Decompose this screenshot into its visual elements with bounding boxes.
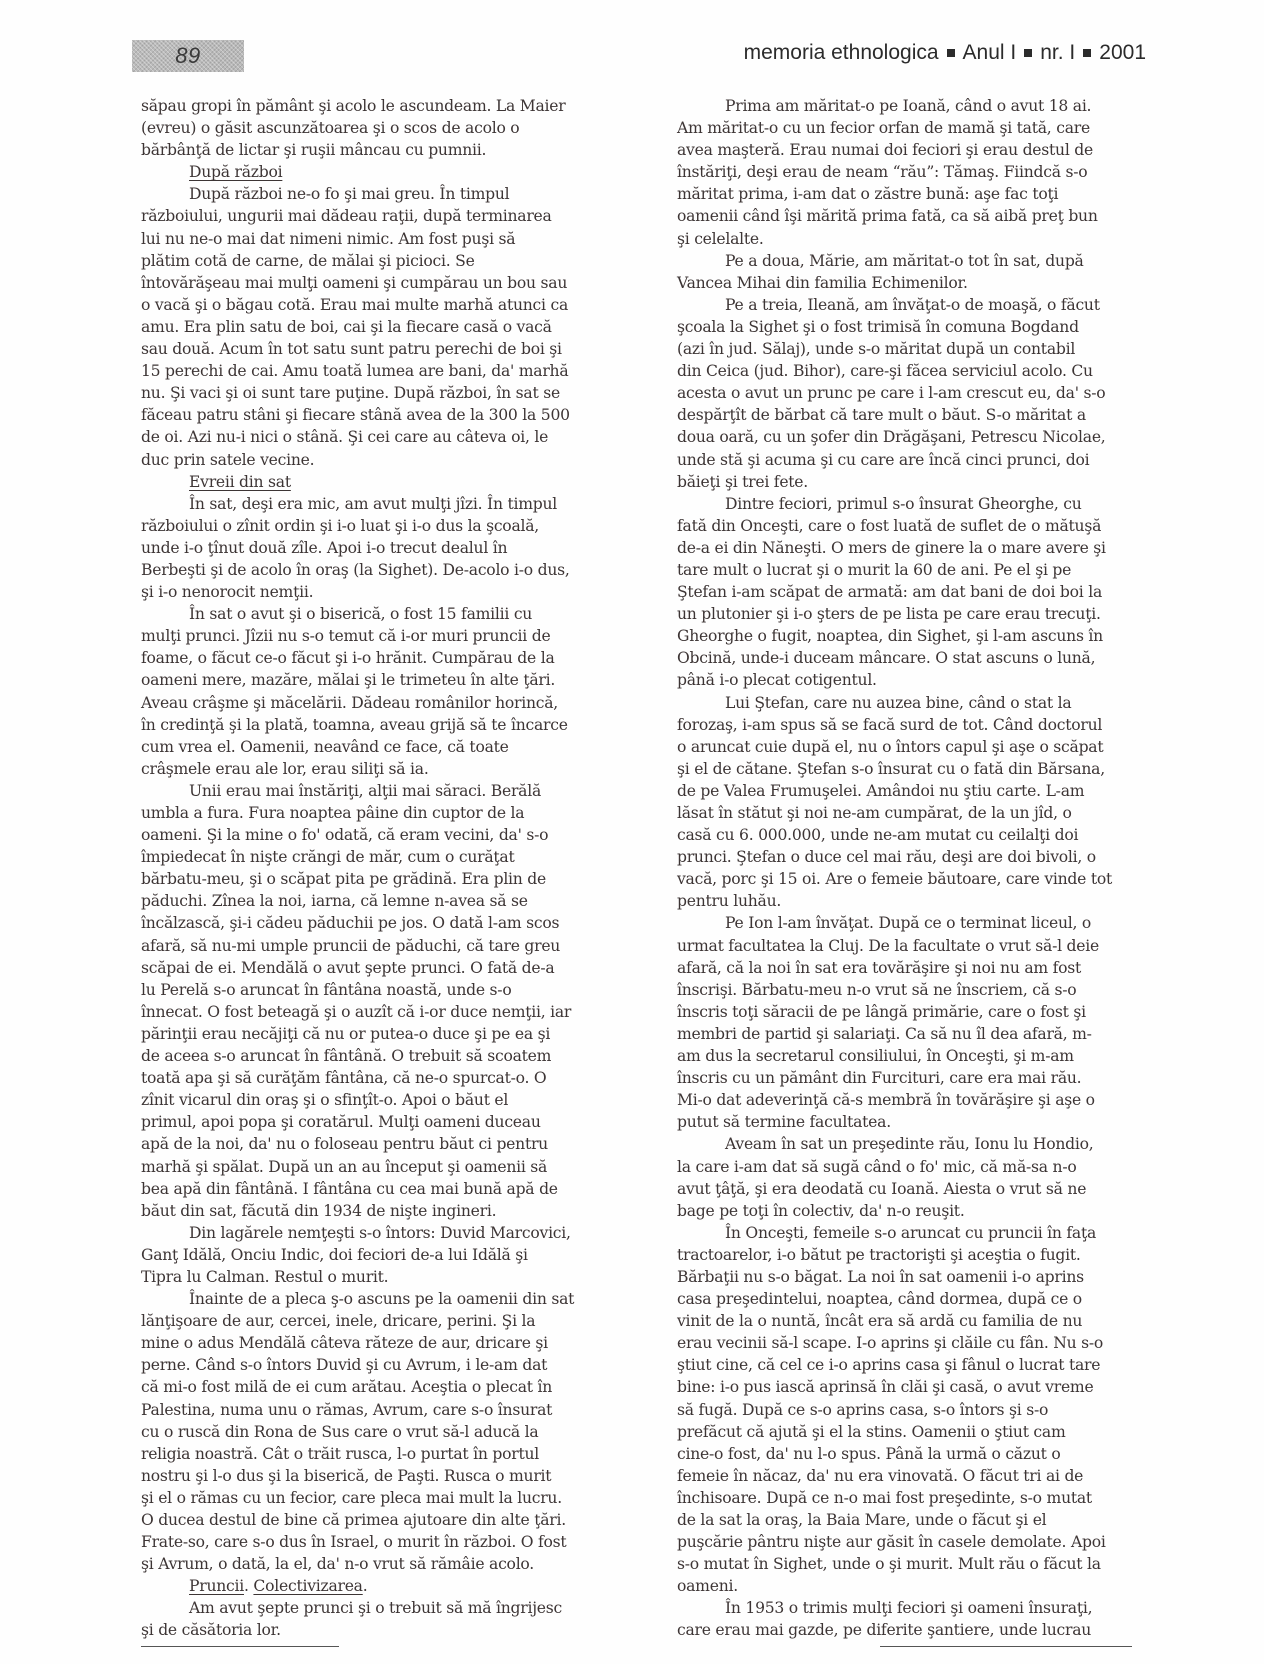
text-line-content: primul, apoi popa şi coratărul. Mulţi oa… [141,1113,541,1131]
text-line: Lui Ştefan, care nu auzea bine, când o s… [677,692,1147,714]
text-line: amu. Era plin satu de boi, cai şi la fie… [141,316,633,338]
text-line-content: (evreu) o găsit ascunzătoarea şi o scos … [141,119,519,137]
text-line-content: să fugă. După ce s-o aprins casa, s-o în… [677,1401,1048,1419]
document-page: 89 memoria ethnologica Anul I nr. I 2001… [0,0,1264,1664]
text-line-content: religia noastră. Cât o trăit rusca, l-o … [141,1445,539,1463]
journal-title: memoria ethnologica [744,41,939,65]
text-line-content: casă cu 6. 000.000, unde ne-am mutat cu … [677,826,1078,844]
text-line-content: înstăriţi, deşi erau de neam “rău”: Tăma… [677,163,1087,181]
text-line-content: umbla a fura. Fura noaptea pâine din cup… [141,804,524,822]
text-line-content: Aveam în sat un preşedinte rău, Ionu lu … [725,1135,1094,1153]
text-line: de oi. Azi nu-i nici o stână. Şi cei car… [141,426,633,448]
text-line-content: făceau patru stâni şi fiecare stână avea… [141,406,570,424]
text-line: de pe Valea Frumuşelei. Amândoi nu ştiu … [677,780,1147,802]
text-line-content: bea apă din fântână. I fântâna cu cea ma… [141,1180,558,1198]
text-line-content: în credinţă şi la plată, toamna, aveau g… [141,716,568,734]
text-line-content: şi i-o nenorocit nemţii. [141,583,313,601]
text-line: sau două. Acum în tot satu sunt patru pe… [141,338,633,360]
text-line-content: prefăcut că ajută şi el la stins. Oameni… [677,1423,1066,1441]
text-line-content: O ducea destul de bine că primea ajutoar… [141,1511,566,1529]
text-line: închisoare. După ce n-o mai fost preşedi… [677,1487,1147,1509]
text-line-content: încălzască, şi-i cădeu păduchii pe jos. … [141,914,559,932]
text-line: 15 perechi de cai. Amu toată lumea are b… [141,360,633,382]
journal-issue: nr. I [1040,41,1075,65]
text-line-content: unde i-o ţînut două zîle. Apoi i-o trecu… [141,539,507,557]
text-line-content: Bărbaţii nu s-o băgat. La noi în sat oam… [677,1268,1084,1286]
text-line: înscrişi. Bărbatu-meu n-o vrut să ne îns… [677,979,1147,1001]
text-line-content: pentru luhău. [677,892,781,910]
text-line: lui nu ne-o mai dat nimeni nimic. Am fos… [141,228,633,250]
text-line-content: la care i-am dat să sugă când o fo' mic,… [677,1158,1076,1176]
text-line-content: cine-o fost, da' nu l-o spus. Până la ur… [677,1445,1060,1463]
text-line-content: Frate-so, care s-o dus în Israel, o muri… [141,1533,566,1551]
text-line: marhă şi spălat. După un an au început ş… [141,1156,633,1178]
text-line-content: Palestina, numa unu o rămas, Avrum, care… [141,1401,552,1419]
text-line: înnecat. O fost beteagă şi o auzît că i-… [141,1001,633,1023]
text-line: nu. Şi vaci şi oi sunt tare puţine. După… [141,382,633,404]
text-line-content: ştiut cine, că cel ce i-o aprins casa şi… [677,1356,1100,1374]
text-line: Aveam în sat un preşedinte rău, Ionu lu … [677,1133,1147,1155]
text-line-content: (azi în jud. Sălaj), unde s-o măritat du… [677,340,1075,358]
text-line: că mi-o fost milă de ei cum arătau. Aceş… [141,1376,633,1398]
text-line: oameni mere, mazăre, mălai şi le trimete… [141,669,633,691]
text-line: (azi în jud. Sălaj), unde s-o măritat du… [677,338,1147,360]
text-line-content: plătim cotă de carne, de mălai şi picioc… [141,252,475,270]
text-line-content: crâşmele erau ale lor, erau siliţi să ia… [141,760,429,778]
square-bullet-icon [1083,49,1091,57]
text-line: puşcărie pântru nişte aur găsit în casel… [677,1531,1147,1553]
text-line-content: Pe a doua, Mărie, am măritat-o tot în sa… [725,252,1084,270]
text-line-content: Ganţ Idălă, Onciu Indic, doi feciori de-… [141,1246,528,1264]
section-heading-text: Pruncii. Colectivizarea. [189,1577,367,1595]
text-line: O ducea destul de bine că primea ajutoar… [141,1509,633,1531]
text-line-content: mine o adus Mendălă câteva răteze de aur… [141,1334,548,1352]
section-heading: Pruncii. Colectivizarea. [141,1575,633,1597]
text-line-content: de-a ei din Năneşti. O mers de ginere la… [677,539,1106,557]
text-line-content: urmat facultatea la Cluj. De la facultat… [677,937,1099,955]
text-line: şcoala la Sighet şi o fost trimisă în co… [677,316,1147,338]
text-line-content: Unii erau mai înstăriţi, alţii mai sărac… [189,782,541,800]
text-line: membri de partid şi salariaţi. Ca să nu … [677,1023,1147,1045]
text-line: războiului, ungurii mai dădeau raţii, du… [141,205,633,227]
left-text-column: săpau gropi în pământ şi acolo le ascund… [141,95,633,1642]
text-line-content: 15 perechi de cai. Amu toată lumea are b… [141,362,568,380]
square-bullet-icon [947,49,955,57]
text-line: înscris cu un pământ din Furcituri, care… [677,1067,1147,1089]
text-line-content: amu. Era plin satu de boi, cai şi la fie… [141,318,552,336]
text-line: Pe a treia, Ileană, am învăţat-o de moaş… [677,294,1147,316]
text-line-content: avea maşteră. Erau numai doi feciori şi … [677,141,1093,159]
text-line: şi el de cătane. Ştefan s-o însurat cu o… [677,758,1147,780]
text-line: de la sat la oraş, la Baia Mare, unde o … [677,1509,1147,1531]
text-line-content: vacă, porc şi 15 oi. Are o femeie băutoa… [677,870,1112,888]
text-line: părinţii erau necăjiţi că nu or putea-o … [141,1023,633,1045]
text-line: Mi-o dat adeverinţă că-s membră în tovăr… [677,1089,1147,1111]
text-line-content: foame, o făcut ce-o făcut şi i-o hrănit.… [141,649,555,667]
text-line: Gheorghe o fugit, noaptea, din Sighet, ş… [677,625,1147,647]
text-line-content: Am avut şepte prunci şi o trebuit să mă … [189,1599,562,1617]
text-line-content: fată din Onceşti, care o fost luată de s… [677,517,1101,535]
text-line: să fugă. După ce s-o aprins casa, s-o în… [677,1399,1147,1421]
text-line: din Ceica (jud. Bihor), care-şi făcea se… [677,360,1147,382]
section-heading: După război [141,161,633,183]
text-line-content: până i-o plecat cotigentul. [677,671,877,689]
text-line-content: casa preşedintelui, noaptea, când dormea… [677,1290,1082,1308]
running-header: memoria ethnologica Anul I nr. I 2001 [744,41,1146,65]
text-line-content: forozaş, i-am spus să se facă surd de to… [677,716,1102,734]
text-line: Bărbaţii nu s-o băgat. La noi în sat oam… [677,1266,1147,1288]
page-number: 89 [175,43,200,69]
text-line-content: şi celelalte. [677,230,764,248]
text-line-content: băieţi şi trei fete. [677,473,808,491]
text-line: apă de la noi, da' nu o foloseau pentru … [141,1133,633,1155]
column-end-rule [880,1646,1132,1647]
text-line-content: un plutonier şi i-o şters de pe lista pe… [677,605,1101,623]
text-line: de aceea s-o aruncat în fântână. O trebu… [141,1045,633,1067]
text-line: Ştefan i-am scăpat de armată: am dat ban… [677,581,1147,603]
text-line-content: nostru şi l-o dus şi la biserică, de Paş… [141,1467,551,1485]
text-line: tare mult o lucrat şi o murit la 60 de a… [677,559,1147,581]
text-line: care erau mai gazde, pe diferite şantier… [677,1619,1147,1641]
text-line: lăsat în stătut şi noi ne-am cumpărat, d… [677,802,1147,824]
text-line-content: sau două. Acum în tot satu sunt patru pe… [141,340,562,358]
text-line-content: lăsat în stătut şi noi ne-am cumpărat, d… [677,804,1072,822]
text-line: băieţi şi trei fete. [677,471,1147,493]
text-line: afară, că la noi în sat era tovărăşire ş… [677,957,1147,979]
text-line: avea maşteră. Erau numai doi feciori şi … [677,139,1147,161]
text-line-content: puşcărie pântru nişte aur găsit în casel… [677,1533,1106,1551]
text-line: bărbânţă de lictar şi ruşii mâncau cu pu… [141,139,633,161]
text-line-content: Pe a treia, Ileană, am învăţat-o de moaş… [725,296,1100,314]
text-line-content: putut să termine facultatea. [677,1113,891,1131]
text-line: şi el o rămas cu un fecior, care pleca m… [141,1487,633,1509]
text-line: întovărăşeau mai mulţi oameni şi cumpăra… [141,272,633,294]
text-line: Din lagărele nemţeşti s-o întors: Duvid … [141,1222,633,1244]
text-line: mulţi prunci. Jîzii nu s-o temut că i-or… [141,625,633,647]
text-line-content: zînit vicarul din oraş şi o sfinţît-o. A… [141,1091,508,1109]
text-line-content: din Ceica (jud. Bihor), care-şi făcea se… [677,362,1093,380]
text-line-content: Aveau crâşme şi măcelării. Dădeau români… [141,694,558,712]
text-line: zînit vicarul din oraş şi o sfinţît-o. A… [141,1089,633,1111]
text-line-content: lănţişoare de aur, cercei, inele, dricar… [141,1312,535,1330]
text-line: înstăriţi, deşi erau de neam “rău”: Tăma… [677,161,1147,183]
text-line-content: războiului, ungurii mai dădeau raţii, du… [141,207,552,225]
text-line: Aveau crâşme şi măcelării. Dădeau români… [141,692,633,714]
text-line-content: de aceea s-o aruncat în fântână. O trebu… [141,1047,551,1065]
text-line: (evreu) o găsit ascunzătoarea şi o scos … [141,117,633,139]
text-line-content: întovărăşeau mai mulţi oameni şi cumpăra… [141,274,567,292]
text-line: unde i-o ţînut două zîle. Apoi i-o trecu… [141,537,633,559]
text-line: am dus la secretarul consiliului, în Onc… [677,1045,1147,1067]
text-line: Frate-so, care s-o dus în Israel, o muri… [141,1531,633,1553]
text-line: urmat facultatea la Cluj. De la facultat… [677,935,1147,957]
text-line: despărţît de bărbat că tare mult o băut.… [677,404,1147,426]
text-line-content: lu Perelă s-o aruncat în fântâna noastă,… [141,981,511,999]
text-line-content: Gheorghe o fugit, noaptea, din Sighet, ş… [677,627,1103,645]
text-line-content: tare mult o lucrat şi o murit la 60 de a… [677,561,1071,579]
text-line-content: avut ţâţă, şi era deodată cu Ioană. Aies… [677,1180,1086,1198]
text-line: putut să termine facultatea. [677,1111,1147,1133]
text-line-content: Pe Ion l-am învăţat. După ce o terminat … [725,914,1091,932]
text-line: După război ne-o fo şi mai greu. În timp… [141,183,633,205]
text-line: Palestina, numa unu o rămas, Avrum, care… [141,1399,633,1421]
text-line-content: membri de partid şi salariaţi. Ca să nu … [677,1025,1092,1043]
text-line: vacă, porc şi 15 oi. Are o femeie băutoa… [677,868,1147,890]
text-line: umbla a fura. Fura noaptea pâine din cup… [141,802,633,824]
text-line: Vancea Mihai din familia Echimenilor. [677,272,1147,294]
text-line-content: Din lagărele nemţeşti s-o întors: Duvid … [189,1224,571,1242]
text-line-content: Prima am măritat-o pe Ioană, când o avut… [725,97,1091,115]
text-line-content: Dintre feciori, primul s-o însurat Gheor… [725,495,1082,513]
section-heading-text: Evreii din sat [189,473,291,491]
text-line: o vacă şi o băgau cotă. Erau mai multe m… [141,294,633,316]
text-line: săpau gropi în pământ şi acolo le ascund… [141,95,633,117]
text-line-content: şi el o rămas cu un fecior, care pleca m… [141,1489,562,1507]
text-line-content: înnecat. O fost beteagă şi o auzît că i-… [141,1003,571,1021]
text-line-content: bărbânţă de lictar şi ruşii mâncau cu pu… [141,141,486,159]
page-number-badge: 89 [132,40,244,72]
text-line-content: şi de căsătoria lor. [141,1621,281,1639]
text-line: prunci. Ştefan o duce cel mai rău, deşi … [677,846,1147,868]
text-line-content: În sat, deşi era mic, am avut mulţi jîzi… [189,495,557,513]
text-line: cum vrea el. Oamenii, neavând ce face, c… [141,736,633,758]
text-line-content: cum vrea el. Oamenii, neavând ce face, c… [141,738,509,756]
text-line-content: În Onceşti, femeile s-o aruncat cu prunc… [725,1224,1096,1242]
text-line-content: nu. Şi vaci şi oi sunt tare puţine. După… [141,384,560,402]
text-line-content: părinţii erau necăjiţi că nu or putea-o … [141,1025,550,1043]
text-line: păduchi. Zînea la noi, iarna, că lemne n… [141,890,633,912]
text-line: Ganţ Idălă, Onciu Indic, doi feciori de-… [141,1244,633,1266]
text-line-content: perne. Când s-o întors Duvid şi cu Avrum… [141,1356,547,1374]
text-line: tractoarelor, i-o bătut pe tractorişti ş… [677,1244,1147,1266]
text-line-content: oameni. Şi la mine o fo' odată, că eram … [141,826,548,844]
text-line: şi i-o nenorocit nemţii. [141,581,633,603]
text-line: la care i-am dat să sugă când o fo' mic,… [677,1156,1147,1178]
text-line: lu Perelă s-o aruncat în fântâna noastă,… [141,979,633,1001]
text-line: bea apă din fântână. I fântâna cu cea ma… [141,1178,633,1200]
text-line: casă cu 6. 000.000, unde ne-am mutat cu … [677,824,1147,846]
text-line-content: despărţît de bărbat că tare mult o băut.… [677,406,1086,424]
text-line-content: scăpai de ei. Mendălă o avut şepte prunc… [141,959,554,977]
text-line: măritat prima, i-am dat o zăstre bună: a… [677,183,1147,205]
text-line: s-o mutat în Sighet, unde o şi murit. Mu… [677,1553,1147,1575]
text-line: avut ţâţă, şi era deodată cu Ioană. Aies… [677,1178,1147,1200]
text-line-content: lui nu ne-o mai dat nimeni nimic. Am fos… [141,230,515,248]
text-line-content: o vacă şi o băgau cotă. Erau mai multe m… [141,296,568,314]
text-line: Pe a doua, Mărie, am măritat-o tot în sa… [677,250,1147,272]
text-line: înscris toţi săracii de pe lângă primări… [677,1001,1147,1023]
text-line-content: femeie în năcaz, da' nu era vinovată. O … [677,1467,1083,1485]
text-line-content: toată apa şi să curăţăm fântâna, că ne-o… [141,1069,546,1087]
text-line-content: Ştefan i-am scăpat de armată: am dat ban… [677,583,1102,601]
text-line-content: bage pe toţi în colectiv, da' n-o reuşit… [677,1202,965,1220]
text-line: ştiut cine, că cel ce i-o aprins casa şi… [677,1354,1147,1376]
text-line: plătim cotă de carne, de mălai şi picioc… [141,250,633,272]
text-line: bage pe toţi în colectiv, da' n-o reuşit… [677,1200,1147,1222]
text-line: făceau patru stâni şi fiecare stână avea… [141,404,633,426]
text-line: până i-o plecat cotigentul. [677,669,1147,691]
text-line-content: de oi. Azi nu-i nici o stână. Şi cei car… [141,428,548,446]
text-line: Pe Ion l-am învăţat. După ce o terminat … [677,912,1147,934]
text-line-content: am dus la secretarul consiliului, în Onc… [677,1047,1074,1065]
text-line: femeie în năcaz, da' nu era vinovată. O … [677,1465,1147,1487]
text-line: Tipra lu Calman. Restul o murit. [141,1266,633,1288]
text-line-content: înscrişi. Bărbatu-meu n-o vrut să ne îns… [677,981,1076,999]
text-line: oameni. [677,1575,1147,1597]
text-line-content: apă de la noi, da' nu o foloseau pentru … [141,1135,548,1153]
text-line-content: duc prin satele vecine. [141,451,314,469]
text-line-content: războiului o zînit ordin şi i-o luat şi … [141,517,539,535]
text-line: şi Avrum, o dată, la el, da' n-o vrut să… [141,1553,633,1575]
text-line: În sat o avut şi o biserică, o fost 15 f… [141,603,633,625]
text-line-content: înscris cu un pământ din Furcituri, care… [677,1069,1081,1087]
text-line-content: şi el de cătane. Ştefan s-o însurat cu o… [677,760,1105,778]
text-line-content: oameni. [677,1577,738,1595]
text-line: doua oară, cu un şofer din Drăgăşani, Pe… [677,426,1147,448]
text-line-content: vinit de la o nuntă, încât era să ardă c… [677,1312,1082,1330]
journal-year: 2001 [1099,41,1146,65]
text-line: vinit de la o nuntă, încât era să ardă c… [677,1310,1147,1332]
text-line: împiedecat în nişte crăngi de măr, cum o… [141,846,633,868]
text-line-content: marhă şi spălat. După un an au început ş… [141,1158,547,1176]
text-line: şi de căsătoria lor. [141,1619,633,1641]
text-line-content: unde stă şi acuma şi cu care are încă ci… [677,451,1089,469]
text-line-content: închisoare. După ce n-o mai fost preşedi… [677,1489,1092,1507]
text-line-content: şi Avrum, o dată, la el, da' n-o vrut să… [141,1555,534,1573]
text-line: În 1953 o trimis mulţi feciori şi oameni… [677,1597,1147,1619]
text-line-content: Mi-o dat adeverinţă că-s membră în tovăr… [677,1091,1095,1109]
text-line: oamenii când îşi mărită prima fată, ca s… [677,205,1147,227]
text-line-content: Tipra lu Calman. Restul o murit. [141,1268,388,1286]
text-line-content: Vancea Mihai din familia Echimenilor. [677,274,968,292]
text-line-content: Lui Ştefan, care nu auzea bine, când o s… [725,694,1071,712]
text-line: În Onceşti, femeile s-o aruncat cu prunc… [677,1222,1147,1244]
text-line: şi celelalte. [677,228,1147,250]
section-heading-text: După război [189,163,282,181]
text-line-content: erau vecinii să-l scape. I-o aprins şi c… [677,1334,1103,1352]
text-line: pentru luhău. [677,890,1147,912]
text-line-content: prunci. Ştefan o duce cel mai rău, deşi … [677,848,1096,866]
text-line-content: În 1953 o trimis mulţi feciori şi oameni… [725,1599,1092,1617]
text-line: oameni. Şi la mine o fo' odată, că eram … [141,824,633,846]
text-line-content: Înainte de a pleca ş-o ascuns pe la oame… [189,1290,574,1308]
text-line: de-a ei din Năneşti. O mers de ginere la… [677,537,1147,559]
text-line-content: o aruncat cuie după el, nu o întors capu… [677,738,1103,756]
text-line-content: Berbeşti şi de acolo în oraş (la Sighet)… [141,561,570,579]
text-line: o aruncat cuie după el, nu o întors capu… [677,736,1147,758]
text-line: războiului o zînit ordin şi i-o luat şi … [141,515,633,537]
text-line: un plutonier şi i-o şters de pe lista pe… [677,603,1147,625]
text-line-content: înscris toţi săracii de pe lângă primări… [677,1003,1086,1021]
text-line: în credinţă şi la plată, toamna, aveau g… [141,714,633,736]
text-line: Prima am măritat-o pe Ioană, când o avut… [677,95,1147,117]
text-line: duc prin satele vecine. [141,449,633,471]
text-line: prefăcut că ajută şi el la stins. Oameni… [677,1421,1147,1443]
text-line-content: păduchi. Zînea la noi, iarna, că lemne n… [141,892,528,910]
text-line-content: că mi-o fost milă de ei cum arătau. Aceş… [141,1378,552,1396]
text-line: cu o ruscă din Rona de Sus care o vrut s… [141,1421,633,1443]
text-line: casa preşedintelui, noaptea, când dormea… [677,1288,1147,1310]
text-line-content: oamenii când îşi mărită prima fată, ca s… [677,207,1098,225]
text-line: primul, apoi popa şi coratărul. Mulţi oa… [141,1111,633,1133]
text-line-content: În sat o avut şi o biserică, o fost 15 f… [189,605,532,623]
text-line-content: tractoarelor, i-o bătut pe tractorişti ş… [677,1246,1081,1264]
text-line-content: bărbatu-meu, şi o scăpat pita pe grădină… [141,870,546,888]
text-line: unde stă şi acuma şi cu care are încă ci… [677,449,1147,471]
text-line: cine-o fost, da' nu l-o spus. Până la ur… [677,1443,1147,1465]
text-line: lănţişoare de aur, cercei, inele, dricar… [141,1310,633,1332]
text-line: încălzască, şi-i cădeu păduchii pe jos. … [141,912,633,934]
section-heading: Evreii din sat [141,471,633,493]
text-line: Obcină, unde-i duceam mâncare. O stat as… [677,647,1147,669]
text-line: forozaş, i-am spus să se facă surd de to… [677,714,1147,736]
text-line: foame, o făcut ce-o făcut şi i-o hrănit.… [141,647,633,669]
journal-volume: Anul I [963,41,1017,65]
text-line: afară, să nu-mi umple pruncii de păduchi… [141,935,633,957]
text-line: Înainte de a pleca ş-o ascuns pe la oame… [141,1288,633,1310]
text-line: fată din Onceşti, care o fost luată de s… [677,515,1147,537]
text-line-content: acesta o avut un prunc pe care i l-am cr… [677,384,1105,402]
text-line-content: Am măritat-o cu un fecior orfan de mamă … [677,119,1090,137]
text-line-content: împiedecat în nişte crăngi de măr, cum o… [141,848,515,866]
text-line-content: oameni mere, mazăre, mălai şi le trimete… [141,671,555,689]
text-line-content: mulţi prunci. Jîzii nu s-o temut că i-or… [141,627,550,645]
text-line: mine o adus Mendălă câteva răteze de aur… [141,1332,633,1354]
text-line-content: de la sat la oraş, la Baia Mare, unde o … [677,1511,1046,1529]
text-line: Am măritat-o cu un fecior orfan de mamă … [677,117,1147,139]
text-line-content: băut din sat, făcută din 1934 de nişte i… [141,1202,496,1220]
text-line-content: bine: i-o pus iască aprinsă în clăi şi c… [677,1378,1093,1396]
text-line: nostru şi l-o dus şi la biserică, de Paş… [141,1465,633,1487]
text-line: perne. Când s-o întors Duvid şi cu Avrum… [141,1354,633,1376]
square-bullet-icon [1024,49,1032,57]
text-line: Unii erau mai înstăriţi, alţii mai sărac… [141,780,633,802]
text-line-content: s-o mutat în Sighet, unde o şi murit. Mu… [677,1555,1101,1573]
text-line: În sat, deşi era mic, am avut mulţi jîzi… [141,493,633,515]
text-line-content: cu o ruscă din Rona de Sus care o vrut s… [141,1423,538,1441]
text-line-content: săpau gropi în pământ şi acolo le ascund… [141,97,565,115]
text-line-content: După război ne-o fo şi mai greu. În timp… [189,185,509,203]
text-line-content: care erau mai gazde, pe diferite şantier… [677,1621,1091,1639]
text-line-content: Obcină, unde-i duceam mâncare. O stat as… [677,649,1095,667]
text-line: scăpai de ei. Mendălă o avut şepte prunc… [141,957,633,979]
text-line: Am avut şepte prunci şi o trebuit să mă … [141,1597,633,1619]
text-line: băut din sat, făcută din 1934 de nişte i… [141,1200,633,1222]
text-line: bărbatu-meu, şi o scăpat pita pe grădină… [141,868,633,890]
text-line-content: doua oară, cu un şofer din Drăgăşani, Pe… [677,428,1106,446]
text-line: erau vecinii să-l scape. I-o aprins şi c… [677,1332,1147,1354]
text-line-content: afară, că la noi în sat era tovărăşire ş… [677,959,1081,977]
text-line: religia noastră. Cât o trăit rusca, l-o … [141,1443,633,1465]
right-text-column: Prima am măritat-o pe Ioană, când o avut… [677,95,1147,1642]
text-line: bine: i-o pus iască aprinsă în clăi şi c… [677,1376,1147,1398]
text-line: Berbeşti şi de acolo în oraş (la Sighet)… [141,559,633,581]
text-line: crâşmele erau ale lor, erau siliţi să ia… [141,758,633,780]
text-line: toată apa şi să curăţăm fântâna, că ne-o… [141,1067,633,1089]
text-line-content: măritat prima, i-am dat o zăstre bună: a… [677,185,1058,203]
column-end-rule [141,1646,339,1647]
text-line-content: şcoala la Sighet şi o fost trimisă în co… [677,318,1079,336]
text-line: Dintre feciori, primul s-o însurat Gheor… [677,493,1147,515]
text-line-content: afară, să nu-mi umple pruncii de păduchi… [141,937,560,955]
text-line: acesta o avut un prunc pe care i l-am cr… [677,382,1147,404]
text-line-content: de pe Valea Frumuşelei. Amândoi nu ştiu … [677,782,1084,800]
